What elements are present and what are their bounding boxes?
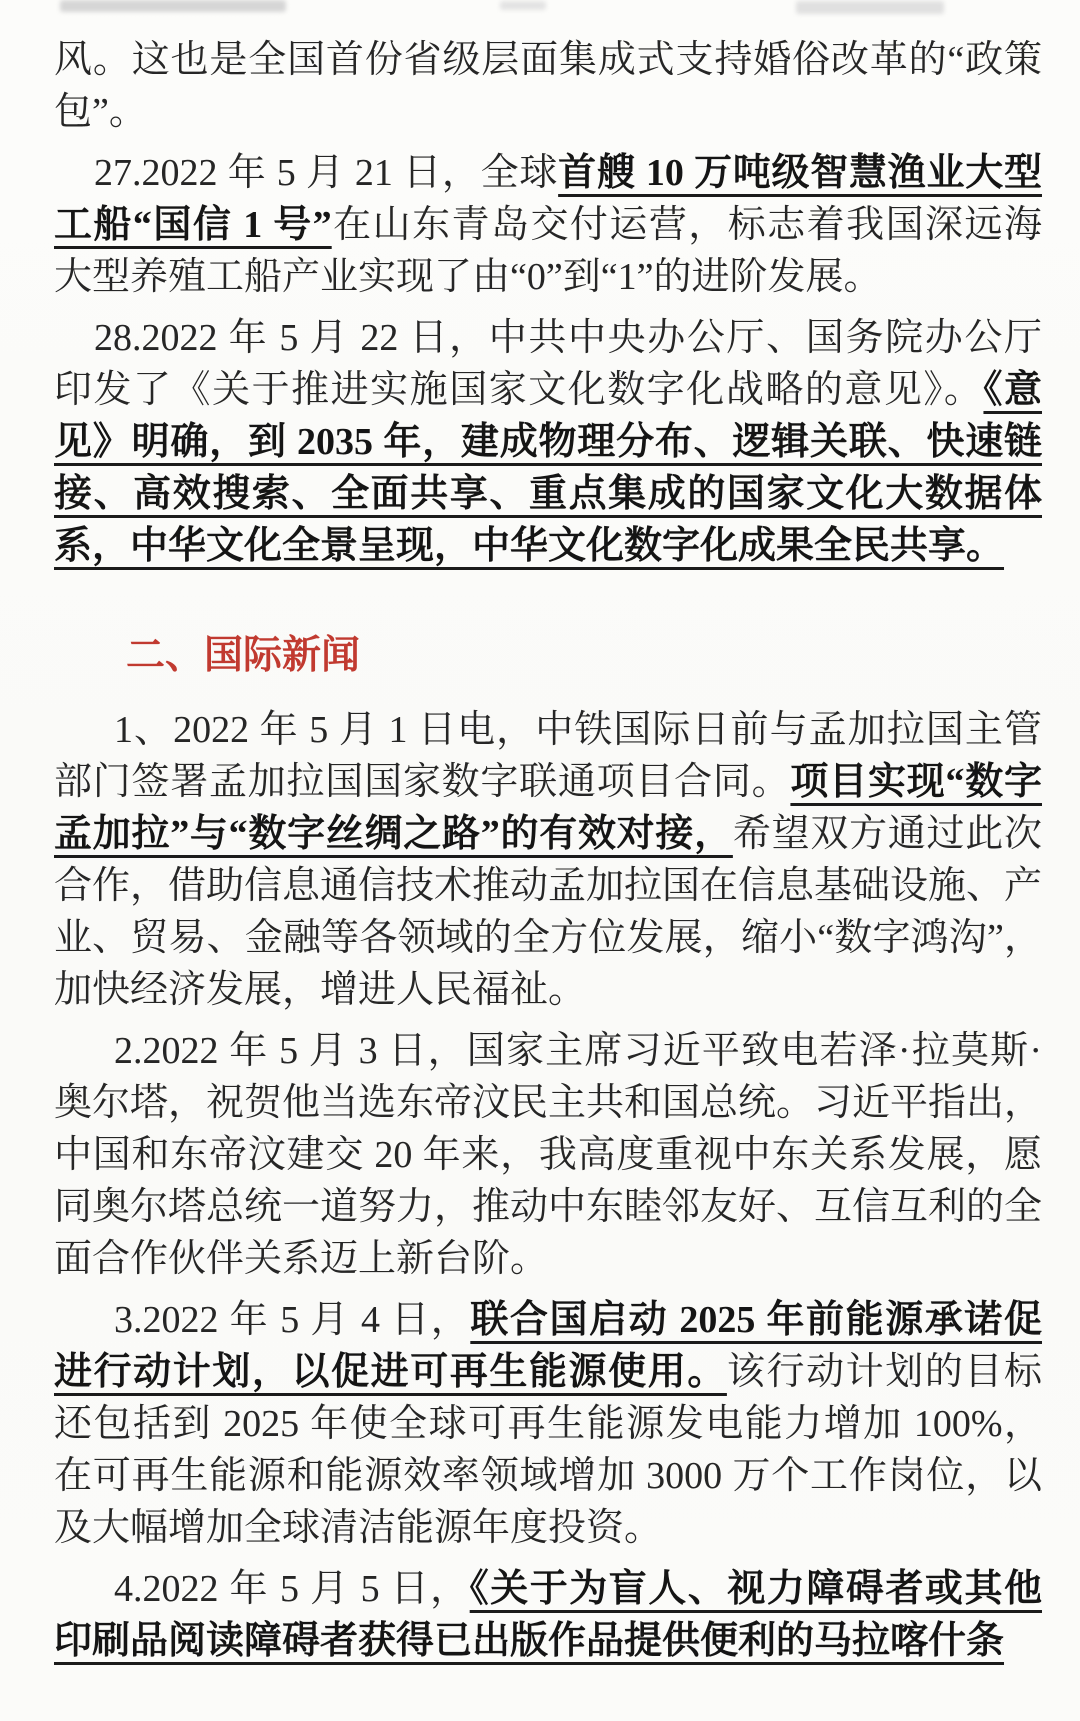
cropped-text-fragment bbox=[60, 0, 286, 12]
paragraph: 1、2022 年 5 月 1 日电，中铁国际日前与孟加拉国主管部门签署孟加拉国国… bbox=[54, 704, 1042, 1016]
section-heading: 二、国际新闻 bbox=[126, 630, 1042, 682]
paragraph: 4.2022 年 5 月 5 日，《关于为盲人、视力障碍者或其他印刷品阅读障碍者… bbox=[54, 1563, 1042, 1667]
paragraph: 27.2022 年 5 月 21 日，全球首艘 10 万吨级智慧渔业大型工船“国… bbox=[54, 147, 1042, 303]
document-page: 风。这也是全国首份省级层面集成式支持婚俗改革的“政策包”。27.2022 年 5… bbox=[0, 0, 1080, 1721]
paragraph: 3.2022 年 5 月 4 日，联合国启动 2025 年前能源承诺促进行动计划… bbox=[54, 1294, 1042, 1554]
body-text: 二、国际新闻 bbox=[126, 634, 360, 677]
cropped-text-fragment bbox=[796, 1, 944, 14]
document-body: 风。这也是全国首份省级层面集成式支持婚俗改革的“政策包”。27.2022 年 5… bbox=[54, 34, 1042, 1667]
body-text: 2.2022 年 5 月 3 日，国家主席习近平致电若泽·拉莫斯·奥尔塔，祝贺他… bbox=[54, 1030, 1042, 1280]
paragraph: 28.2022 年 5 月 22 日，中共中央办公厅、国务院办公厅印发了《关于推… bbox=[54, 312, 1042, 572]
body-text: 4.2022 年 5 月 5 日， bbox=[114, 1568, 470, 1610]
body-text: 风。这也是全国首份省级层面集成式支持婚俗改革的“政策包”。 bbox=[54, 39, 1042, 133]
body-text: 3.2022 年 5 月 4 日， bbox=[114, 1299, 470, 1341]
paragraph: 2.2022 年 5 月 3 日，国家主席习近平致电若泽·拉莫斯·奥尔塔，祝贺他… bbox=[54, 1025, 1042, 1285]
cropped-text-fragment bbox=[500, 1, 546, 10]
paragraph: 风。这也是全国首份省级层面集成式支持婚俗改革的“政策包”。 bbox=[54, 34, 1042, 138]
body-text: 27.2022 年 5 月 21 日，全球 bbox=[94, 152, 558, 194]
body-text: 28.2022 年 5 月 22 日，中共中央办公厅、国务院办公厅印发了《关于推… bbox=[54, 317, 1042, 411]
